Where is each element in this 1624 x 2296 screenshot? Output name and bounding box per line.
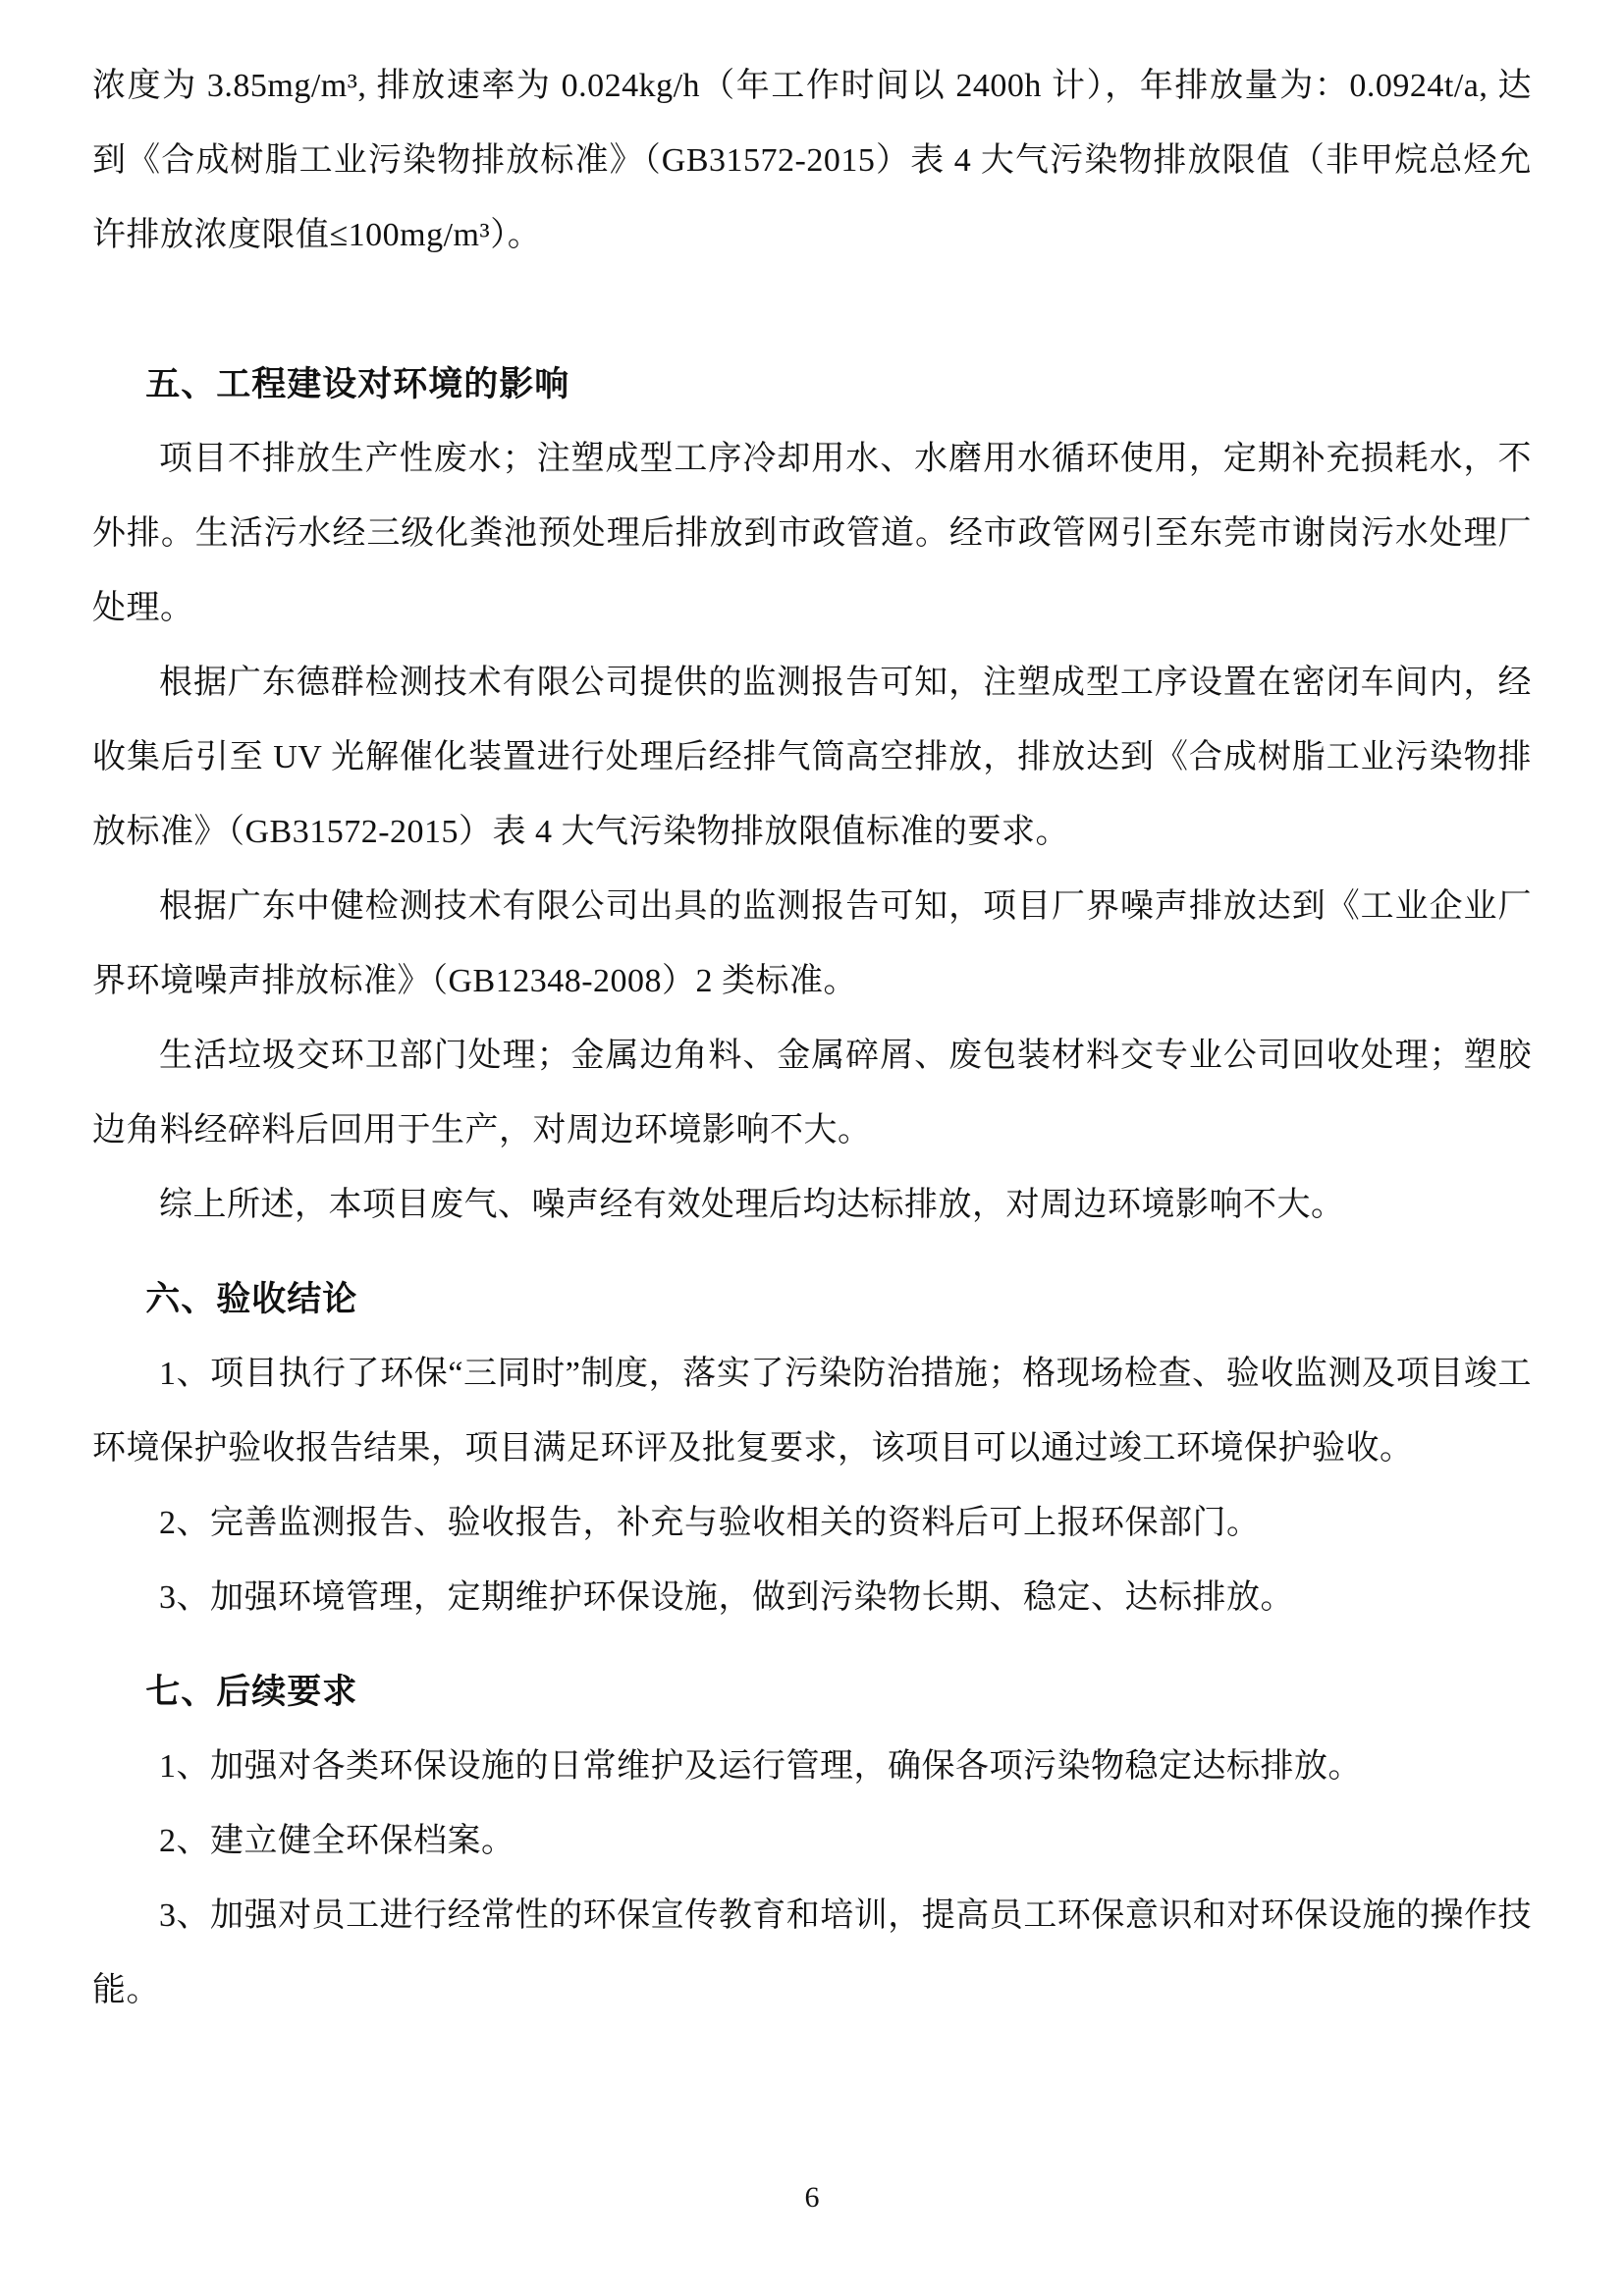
section-6-paragraph-3: 3、加强环境管理，定期维护环保设施，做到污染物长期、稳定、达标排放。	[92, 1561, 1532, 1635]
section-6-paragraph-1: 1、项目执行了环保“三同时”制度，落实了污染防治措施；格现场检查、验收监测及项目…	[92, 1337, 1532, 1486]
section-7-paragraph-1: 1、加强对各类环保设施的日常维护及运行管理，确保各项污染物稳定达标排放。	[92, 1730, 1532, 1804]
document-page: 浓度为 3.85mg/m³, 排放速率为 0.024kg/h（年工作时间以 24…	[0, 0, 1624, 2296]
section-5-heading: 五、工程建设对环境的影响	[92, 347, 1532, 422]
section-7-paragraph-3: 3、加强对员工进行经常性的环保宣传教育和培训，提高员工环保意识和对环保设施的操作…	[92, 1879, 1532, 2028]
page-number: 6	[0, 2180, 1624, 2216]
section-6-paragraph-2: 2、完善监测报告、验收报告，补充与验收相关的资料后可上报环保部门。	[92, 1486, 1532, 1561]
section-5-paragraph-3: 根据广东中健检测技术有限公司出具的监测报告可知，项目厂界噪声排放达到《工业企业厂…	[92, 870, 1532, 1019]
section-7-paragraph-2: 2、建立健全环保档案。	[92, 1804, 1532, 1879]
section-5-paragraph-4: 生活垃圾交环卫部门处理；金属边角料、金属碎屑、废包装材料交专业公司回收处理；塑胶…	[92, 1019, 1532, 1168]
section-5-paragraph-2: 根据广东德群检测技术有限公司提供的监测报告可知，注塑成型工序设置在密闭车间内，经…	[92, 646, 1532, 870]
section-7-heading: 七、后续要求	[92, 1655, 1532, 1730]
section-5-paragraph-1: 项目不排放生产性废水；注塑成型工序冷却用水、水磨用水循环使用，定期补充损耗水，不…	[92, 422, 1532, 646]
section-6-heading: 六、验收结论	[92, 1262, 1532, 1337]
intro-paragraph: 浓度为 3.85mg/m³, 排放速率为 0.024kg/h（年工作时间以 24…	[92, 49, 1532, 273]
section-5-paragraph-5: 综上所述，本项目废气、噪声经有效处理后均达标排放，对周边环境影响不大。	[92, 1168, 1532, 1243]
